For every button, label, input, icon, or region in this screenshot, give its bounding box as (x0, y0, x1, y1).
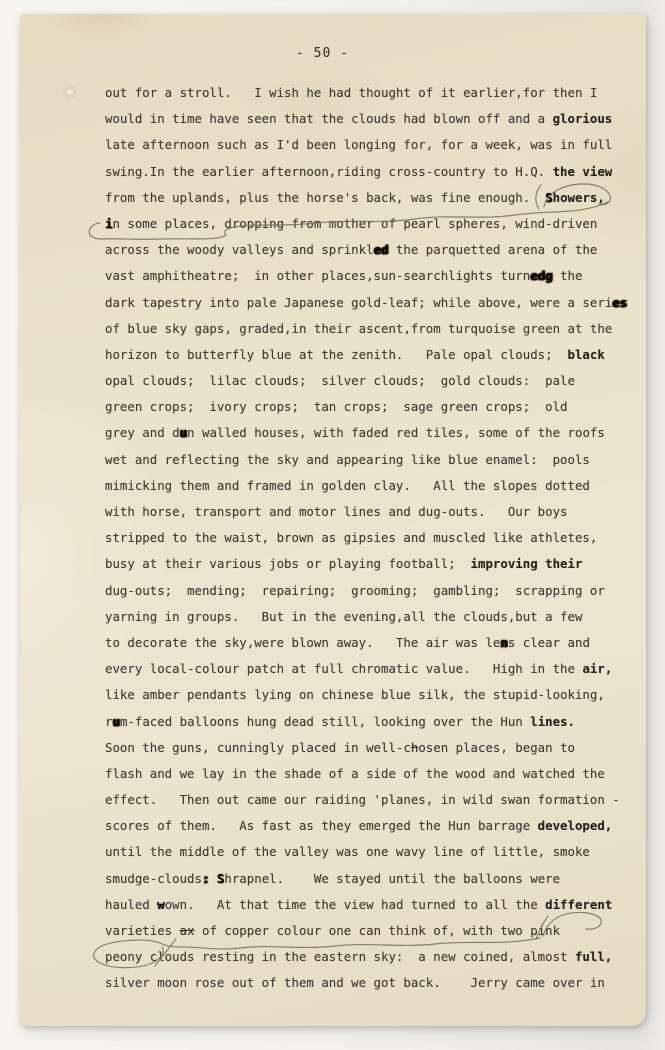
typed-segment: opal clouds; lilac clouds; silver clouds… (105, 373, 575, 388)
typed-segment: wet and reflecting the sky and appearing… (105, 452, 590, 467)
typed-segment: S (545, 190, 552, 205)
typed-line: scores of them. As fast as they emerged … (105, 813, 627, 839)
typed-segment: vast amphitheatre; in other places,sun-s… (105, 268, 530, 283)
typed-segment: to decorate the sky,were blown away. The… (105, 635, 500, 650)
typed-line: varieties ax of copper colour one can th… (105, 918, 627, 944)
typed-segment: edg (530, 268, 552, 283)
typed-line: vast amphitheatre; in other places,sun-s… (105, 263, 627, 289)
typed-line: green crops; ivory crops; tan crops; sag… (105, 394, 627, 420)
typed-line: rum-faced balloons hung dead still, look… (105, 709, 627, 735)
typed-segment: howers, (553, 190, 605, 205)
typed-line: like amber pendants lying on chinese blu… (105, 682, 627, 708)
typed-segment: black (568, 347, 605, 362)
typed-segment: of copper colour one can think of, with … (195, 923, 531, 938)
typed-line: effect. Then out came our raiding 'plane… (105, 787, 627, 813)
typed-segment: green crops; ivory crops; tan crops; sag… (105, 399, 568, 414)
typed-line: with horse, transport and motor lines an… (105, 499, 627, 525)
typed-line: dark tapestry into pale Japanese gold-le… (105, 290, 627, 316)
typed-segment: ed (374, 242, 389, 257)
typed-segment: developed, (538, 818, 613, 833)
typed-segment: es (612, 295, 627, 310)
typed-segment: grey and d (105, 425, 180, 440)
typed-line: every local-colour patch at full chromat… (105, 656, 627, 682)
typed-segment: n (500, 635, 507, 650)
typed-line: yarning in groups. But in the evening,al… (105, 604, 627, 630)
typed-line: until the middle of the valley was one w… (105, 839, 627, 865)
typed-segment: lines. (530, 714, 575, 729)
typed-segment: flash and we lay in the shade of a side … (105, 766, 605, 781)
typed-segment: own. At that time the view had turned to… (165, 897, 545, 912)
typed-line: smudge-clouds: Shrapnel. We stayed until… (105, 866, 627, 892)
typescript-page: - 50 - out for a stroll. I wish he had t… (20, 14, 646, 1026)
typed-segment: pink (530, 923, 560, 938)
typed-line: from the uplands, plus the horse's back,… (105, 185, 627, 211)
typed-line: stripped to the waist, brown as gipsies … (105, 525, 627, 551)
typed-segment: peony clouds resting in the eastern sky:… (105, 949, 575, 964)
typed-segment: the (553, 268, 583, 283)
typed-segment: every local-colour patch at full chromat… (105, 661, 582, 676)
typed-segment: hrapnel. We stayed until the balloons we… (224, 871, 560, 886)
typed-line: peony clouds resting in the eastern sky:… (105, 944, 627, 970)
typed-segment: smudge-clouds (105, 871, 202, 886)
typed-segment: silver moon rose out of them and we got … (105, 975, 605, 990)
typed-line: opal clouds; lilac clouds; silver clouds… (105, 368, 627, 394)
typed-segment: would in time have seen that the clouds … (105, 111, 553, 126)
typed-segment: varieties (105, 923, 180, 938)
typed-segment: n some places, dropping from mother of p… (112, 216, 597, 231)
typed-text-block: out for a stroll. I wish he had thought … (105, 80, 627, 997)
typed-segment: with horse, transport and motor lines an… (105, 504, 568, 519)
typed-segment: out for a stroll. I wish he had thought … (105, 85, 597, 100)
typed-line: hauled wown. At that time the view had t… (105, 892, 627, 918)
typed-segment: busy at their various jobs or playing fo… (105, 556, 471, 571)
typed-line: busy at their various jobs or playing fo… (105, 551, 627, 577)
typed-segment: s clear and (508, 635, 590, 650)
typed-segment: until the middle of the valley was one w… (105, 844, 590, 859)
typed-line: to decorate the sky,were blown away. The… (105, 630, 627, 656)
typed-segment: osen places, began to (418, 740, 575, 755)
typed-line: in some places, dropping from mother of … (105, 211, 627, 237)
typed-segment: full, (575, 949, 612, 964)
typed-segment: across the woody valleys and sprinkl (105, 242, 374, 257)
typed-segment: u (112, 714, 119, 729)
typed-line: dug-outs; mending; repairing; grooming; … (105, 578, 627, 604)
typed-segment: effect. Then out came our raiding 'plane… (105, 792, 620, 807)
page-number: - 50 - (250, 46, 395, 61)
typed-segment: Soon the guns, cunningly placed in well-… (105, 740, 411, 755)
typed-segment: horizon to butterfly blue at the zenith.… (105, 347, 568, 362)
typed-segment: u (180, 425, 187, 440)
typed-segment: mimicking them and framed in golden clay… (105, 478, 590, 493)
typed-segment: glorious (553, 111, 613, 126)
typed-segment: m-faced balloons hung dead still, lookin… (120, 714, 530, 729)
typed-line: Soon the guns, cunningly placed in well-… (105, 735, 627, 761)
typed-segment: dark tapestry into pale Japanese gold-le… (105, 295, 612, 310)
typed-segment: stripped to the waist, brown as gipsies … (105, 530, 597, 545)
typed-segment: improving their (471, 556, 583, 571)
typed-line: wet and reflecting the sky and appearing… (105, 447, 627, 473)
typed-line: flash and we lay in the shade of a side … (105, 761, 627, 787)
photo-background: { "page": { "number_label": "- 50 -" }, … (0, 0, 665, 1050)
typed-line: across the woody valleys and sprinkled t… (105, 237, 627, 263)
typed-segment: air, (582, 661, 612, 676)
typed-segment: late afternoon such as I'd been longing … (105, 137, 612, 152)
typed-segment: w (157, 897, 164, 912)
typed-segment: yarning in groups. But in the evening,al… (105, 609, 582, 624)
typed-segment: from the uplands, plus the horse's back,… (105, 190, 545, 205)
typed-segment: of blue sky gaps, graded,in their ascent… (105, 321, 612, 336)
typed-segment: different (545, 897, 612, 912)
typed-segment: scores of them. As fast as they emerged … (105, 818, 538, 833)
typed-segment (209, 871, 216, 886)
typed-segment: the view (553, 164, 613, 179)
typed-segment: n walled houses, with faded red tiles, s… (187, 425, 605, 440)
typed-segment: hauled (105, 897, 157, 912)
typed-segment: dug-outs; mending; repairing; grooming; … (105, 583, 605, 598)
typed-line: horizon to butterfly blue at the zenith.… (105, 342, 627, 368)
typed-segment: like amber pendants lying on chinese blu… (105, 687, 605, 702)
typed-segment: the parquetted arena of the (388, 242, 597, 257)
typed-segment: ax (180, 923, 195, 938)
typed-line: late afternoon such as I'd been longing … (105, 132, 627, 158)
typed-line: silver moon rose out of them and we got … (105, 970, 627, 996)
typed-line: out for a stroll. I wish he had thought … (105, 80, 627, 106)
typed-segment: swing.In the earlier afternoon,riding cr… (105, 164, 553, 179)
typed-line: swing.In the earlier afternoon,riding cr… (105, 159, 627, 185)
typed-line: would in time have seen that the clouds … (105, 106, 627, 132)
typed-line: grey and dun walled houses, with faded r… (105, 420, 627, 446)
typed-line: of blue sky gaps, graded,in their ascent… (105, 316, 627, 342)
typed-line: mimicking them and framed in golden clay… (105, 473, 627, 499)
